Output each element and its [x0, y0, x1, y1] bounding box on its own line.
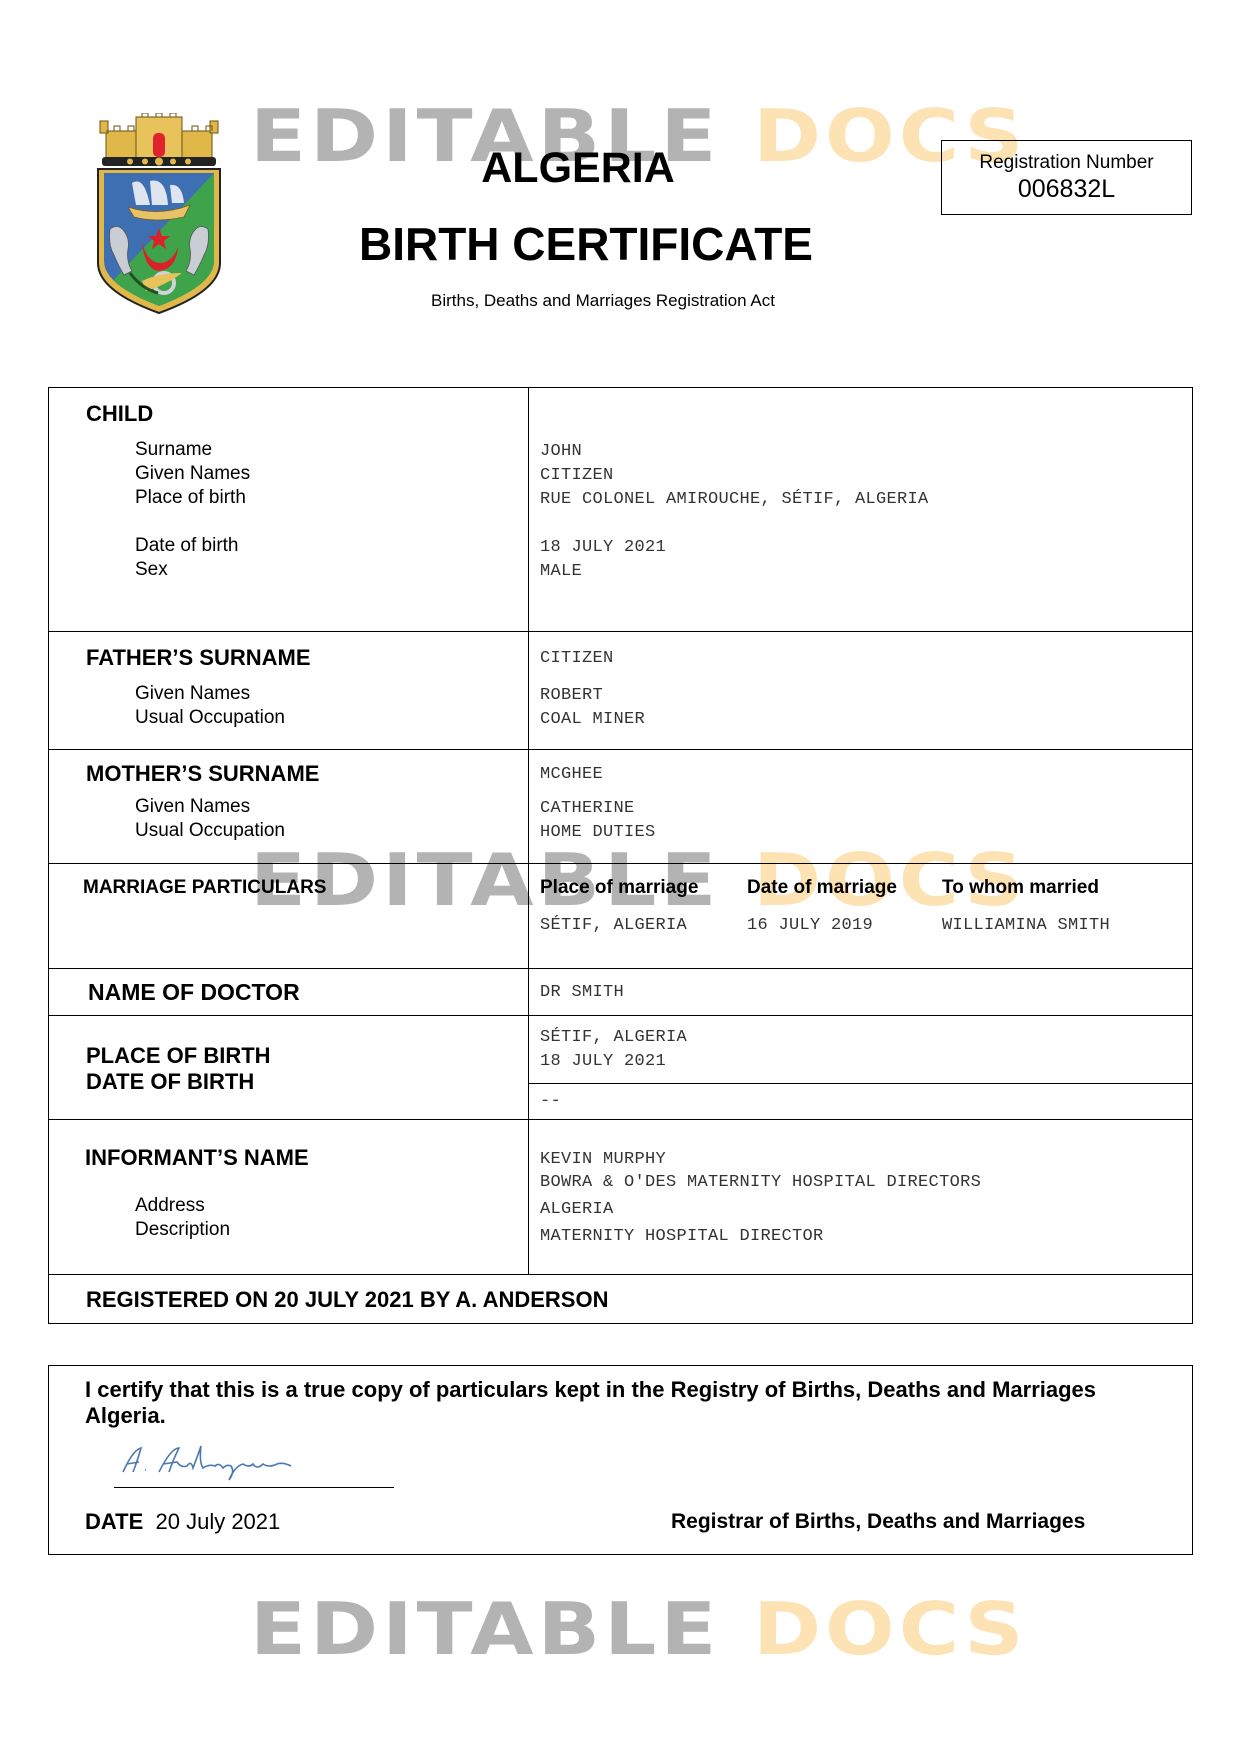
date-value: 20 July 2021 [156, 1509, 281, 1534]
certification-date: DATE 20 July 2021 [85, 1509, 280, 1535]
father-given-names-label: Given Names [135, 683, 250, 705]
doctor-value: DR SMITH [540, 983, 624, 1002]
child-given-names-value: CITIZEN [540, 466, 614, 485]
mother-given-names-value: CATHERINE [540, 799, 635, 818]
mother-surname-heading: MOTHER’S SURNAME [86, 761, 319, 787]
informant-name-value: KEVIN MURPHY [540, 1150, 666, 1169]
child-surname-label: Surname [135, 439, 212, 461]
child-given-names-label: Given Names [135, 463, 250, 485]
father-occupation-label: Usual Occupation [135, 707, 285, 729]
to-whom-married-header: To whom married [942, 877, 1099, 899]
row-divider [49, 1015, 1192, 1016]
row-divider [49, 1119, 1192, 1120]
signature [119, 1442, 299, 1482]
child-surname-value: JOHN [540, 442, 582, 461]
particulars-table: CHILD Surname Given Names Place of birth… [48, 387, 1193, 1324]
row-divider [49, 749, 1192, 750]
child-heading: CHILD [86, 401, 153, 427]
father-surname-value: CITIZEN [540, 649, 614, 668]
place-of-birth-heading: PLACE OF BIRTH [86, 1043, 271, 1069]
child-sex-value: MALE [540, 562, 582, 581]
column-divider [528, 388, 529, 1274]
place-of-birth-value: SÉTIF, ALGERIA [540, 1028, 687, 1047]
row-divider [49, 1274, 1192, 1275]
registration-number-box: Registration Number 006832L [941, 140, 1192, 215]
informant-heading: INFORMANT’S NAME [85, 1145, 309, 1171]
sub-row-divider [529, 1083, 1192, 1084]
informant-description-value: MATERNITY HOSPITAL DIRECTOR [540, 1227, 824, 1246]
registration-number-label: Registration Number [942, 152, 1191, 174]
informant-address-label: Address [135, 1195, 205, 1217]
watermark-bottom: EDITABLE DOCS [250, 1594, 1028, 1666]
mother-occupation-value: HOME DUTIES [540, 823, 656, 842]
informant-description-label: Description [135, 1219, 230, 1241]
date-of-marriage-header: Date of marriage [747, 877, 897, 899]
birth-extra-value: -- [540, 1092, 561, 1111]
child-date-of-birth-label: Date of birth [135, 535, 239, 557]
child-sex-label: Sex [135, 559, 168, 581]
date-of-marriage-value: 16 JULY 2019 [747, 916, 873, 935]
date-of-birth-value: 18 JULY 2021 [540, 1052, 666, 1071]
document-title-text: BIRTH CERTIFICATE [359, 218, 813, 270]
mother-surname-value: MCGHEE [540, 765, 603, 784]
father-occupation-value: COAL MINER [540, 710, 645, 729]
marriage-particulars-heading: MARRIAGE PARTICULARS [83, 877, 326, 899]
row-divider [49, 968, 1192, 969]
place-of-marriage-header: Place of marriage [540, 877, 698, 899]
date-of-birth-heading: DATE OF BIRTH [86, 1069, 254, 1095]
child-place-of-birth-label: Place of birth [135, 487, 246, 509]
country-title-text: ALGERIA [481, 144, 675, 192]
father-surname-heading: FATHER’S SURNAME [86, 645, 311, 671]
child-date-of-birth-value: 18 JULY 2021 [540, 538, 666, 557]
watermark-text-gray: EDITABLE [250, 1588, 720, 1672]
certification-text: I certify that this is a true copy of pa… [85, 1377, 1165, 1429]
subtitle: Births, Deaths and Marriages Registratio… [431, 291, 775, 311]
father-given-names-value: ROBERT [540, 686, 603, 705]
mother-given-names-label: Given Names [135, 796, 250, 818]
child-place-of-birth-value: RUE COLONEL AMIROUCHE, SÉTIF, ALGERIA [540, 490, 929, 509]
registered-statement: REGISTERED ON 20 JULY 2021 BY A. ANDERSO… [86, 1287, 608, 1313]
document-title: BIRTH CERTIFICATE [0, 217, 1240, 271]
registrar-title: Registrar of Births, Deaths and Marriage… [671, 1510, 1085, 1534]
doctor-heading: NAME OF DOCTOR [88, 979, 300, 1006]
row-divider [49, 631, 1192, 632]
informant-organisation-value: BOWRA & O'DES MATERNITY HOSPITAL DIRECTO… [540, 1173, 981, 1192]
certification-box: I certify that this is a true copy of pa… [48, 1365, 1193, 1555]
informant-address-value: ALGERIA [540, 1200, 614, 1219]
signature-line [114, 1487, 394, 1488]
registration-number-value: 006832L [942, 175, 1191, 204]
to-whom-married-value: WILLIAMINA SMITH [942, 916, 1110, 935]
row-divider [49, 863, 1192, 864]
date-label: DATE [85, 1509, 143, 1534]
watermark-text-orange: DOCS [753, 1588, 1028, 1672]
place-of-marriage-value: SÉTIF, ALGERIA [540, 916, 687, 935]
mother-occupation-label: Usual Occupation [135, 820, 285, 842]
